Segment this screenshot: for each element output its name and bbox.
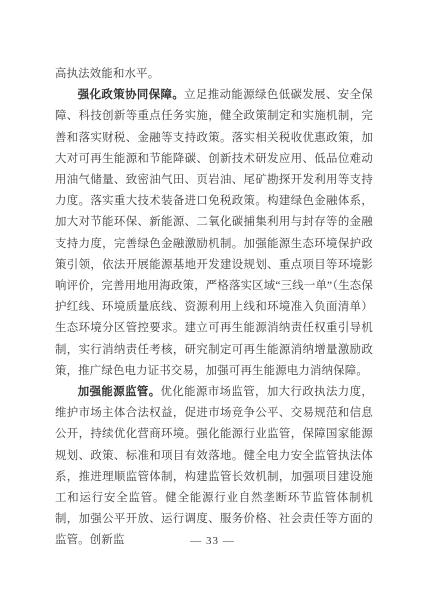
document-page: 高执法效能和水平。 强化政策协同保障。立足推动能源绿色低碳发展、安全保障、科技创… <box>0 0 425 601</box>
paragraph-energy-supervision-body: 优化能源市场监管，加大行政执法力度，维护市场主体合法权益，促进市场竞争公平、交易… <box>55 386 373 546</box>
text-block: 高执法效能和水平。 强化政策协同保障。立足推动能源绿色低碳发展、安全保障、科技创… <box>55 64 373 552</box>
paragraph-continuation: 高执法效能和水平。 <box>55 64 373 85</box>
section-heading-policy-support: 强化政策协同保障。 <box>78 89 184 101</box>
paragraph-policy-support-body: 立足推动能源绿色低碳发展、安全保障、科技创新等重点任务实施，健全政策制定和实施机… <box>55 89 373 377</box>
paragraph-policy-support: 强化政策协同保障。立足推动能源绿色低碳发展、安全保障、科技创新等重点任务实施，健… <box>55 85 373 382</box>
page-number: — 33 — <box>0 535 425 547</box>
section-heading-energy-supervision: 加强能源监管。 <box>78 386 161 398</box>
paragraph-energy-supervision: 加强能源监管。优化能源市场监管，加大行政执法力度，维护市场主体合法权益，促进市场… <box>55 382 373 552</box>
